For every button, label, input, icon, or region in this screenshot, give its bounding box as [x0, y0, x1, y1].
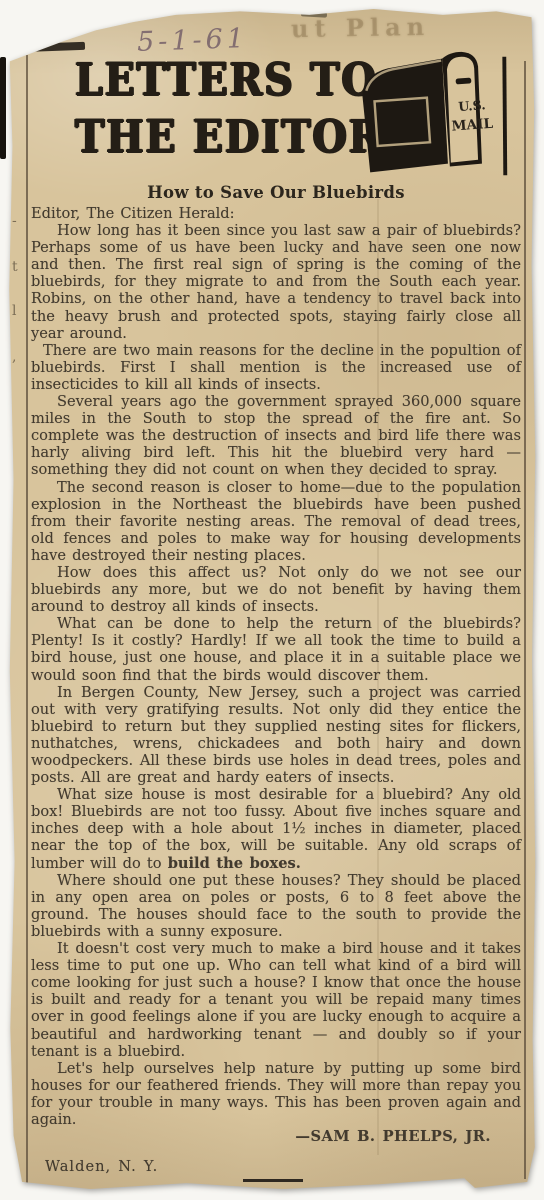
scanned-page: - t l , ut Plan 5-1-61 LETTERS TO THE ED… — [0, 0, 544, 1200]
right-column-rule — [524, 61, 526, 1179]
scan-edge-mark — [0, 57, 6, 159]
paragraph: Where should one put these houses? They … — [31, 872, 521, 940]
cut-off-text-fragment: t — [12, 259, 21, 275]
paragraph: How long has it been since you last saw … — [31, 222, 521, 342]
paragraph: There are two main reasons for the decli… — [31, 342, 521, 393]
newspaper-clipping: - t l , ut Plan 5-1-61 LETTERS TO THE ED… — [5, 3, 539, 1195]
end-rule — [243, 1179, 303, 1182]
us-mailbox-icon: U.S. MAIL — [341, 47, 516, 185]
paragraph: In Bergen County, New Jersey, such a pro… — [31, 684, 521, 787]
mailbox-label-mail: MAIL — [451, 116, 494, 135]
location: Walden, N. Y. — [31, 1158, 521, 1175]
cut-off-text-fragment: , — [12, 349, 21, 365]
paragraph: The second reason is closer to home—due … — [31, 479, 521, 564]
salutation: Editor, The Citizen Herald: — [31, 205, 521, 222]
article-headline: How to Save Our Bluebirds — [31, 183, 521, 202]
paragraph: What size house is most desirable for a … — [31, 786, 521, 871]
clipping-shadow: - t l , ut Plan 5-1-61 LETTERS TO THE ED… — [0, 0, 544, 1200]
cut-off-text-fragment: - — [12, 213, 21, 229]
cut-off-text-fragment: l — [12, 303, 21, 319]
paragraph: Several years ago the government sprayed… — [31, 393, 521, 478]
letter-body: Editor, The Citizen Herald: How long has… — [31, 205, 521, 1175]
paragraph: It doesn't cost very much to make a bird… — [31, 940, 521, 1060]
paragraph: What can be done to help the return of t… — [31, 615, 521, 683]
left-column-rule — [26, 55, 28, 1185]
signature: —SAM B. PHELPS, JR. — [31, 1128, 521, 1145]
mailbox-label-us: U.S. — [458, 97, 486, 114]
paragraph: How does this affect us? Not only do we … — [31, 564, 521, 615]
paragraph: Let's help ourselves help nature by putt… — [31, 1060, 521, 1128]
